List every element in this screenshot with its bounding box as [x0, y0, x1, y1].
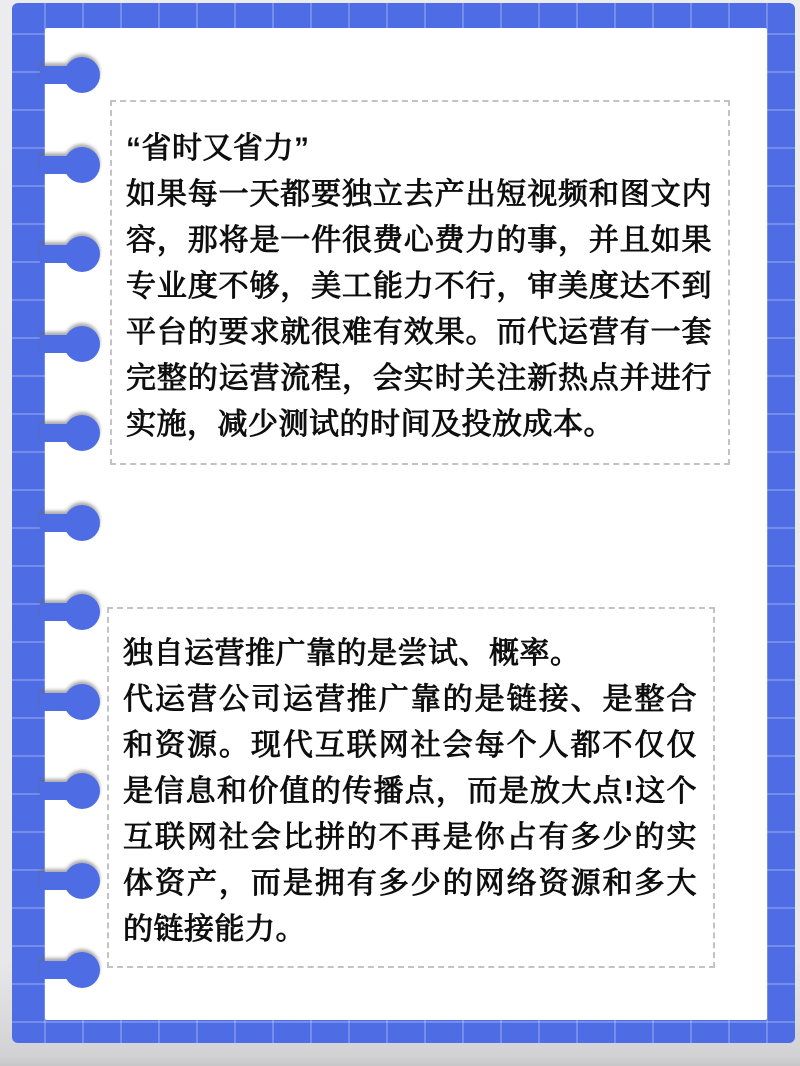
binder-ring: [40, 594, 100, 630]
binder-ring-knob: [64, 952, 100, 988]
binder-ring-knob: [64, 684, 100, 720]
box-title: “省时又省力”: [126, 126, 712, 172]
binder-ring: [40, 684, 100, 720]
box-body: 代运营公司运营推广靠的是链接、是整合和资源。现代互联网社会每个人都不仅仅是信息和…: [123, 677, 697, 953]
binder-ring-knob: [64, 773, 100, 809]
text-box-save-time: “省时又省力” 如果每一天都要独立去产出短视频和图文内容，那将是一件很费心费力的…: [110, 100, 730, 465]
box-title: 独自运营推广靠的是尝试、概率。: [123, 631, 697, 677]
binder-ring-knob: [64, 863, 100, 899]
notebook-graphic: “省时又省力” 如果每一天都要独立去产出短视频和图文内容，那将是一件很费心费力的…: [0, 0, 800, 1066]
binder-ring: [40, 236, 100, 272]
binder-ring: [40, 415, 100, 451]
binder-ring-knob: [64, 505, 100, 541]
binder-ring-knob: [64, 415, 100, 451]
binder-ring: [40, 773, 100, 809]
binder-ring: [40, 863, 100, 899]
binder-ring: [40, 952, 100, 988]
box-body: 如果每一天都要独立去产出短视频和图文内容，那将是一件很费心费力的事，并且如果专业…: [126, 172, 712, 448]
binder-ring-knob: [64, 326, 100, 362]
binder-ring: [40, 326, 100, 362]
binder-ring-knob: [64, 57, 100, 93]
binder-ring-knob: [64, 236, 100, 272]
binder-ring: [40, 57, 100, 93]
text-box-network-resources: 独自运营推广靠的是尝试、概率。 代运营公司运营推广靠的是链接、是整合和资源。现代…: [107, 607, 715, 968]
binder-ring: [40, 147, 100, 183]
binder-ring-knob: [64, 594, 100, 630]
binder-ring-knob: [64, 147, 100, 183]
binder-ring: [40, 505, 100, 541]
